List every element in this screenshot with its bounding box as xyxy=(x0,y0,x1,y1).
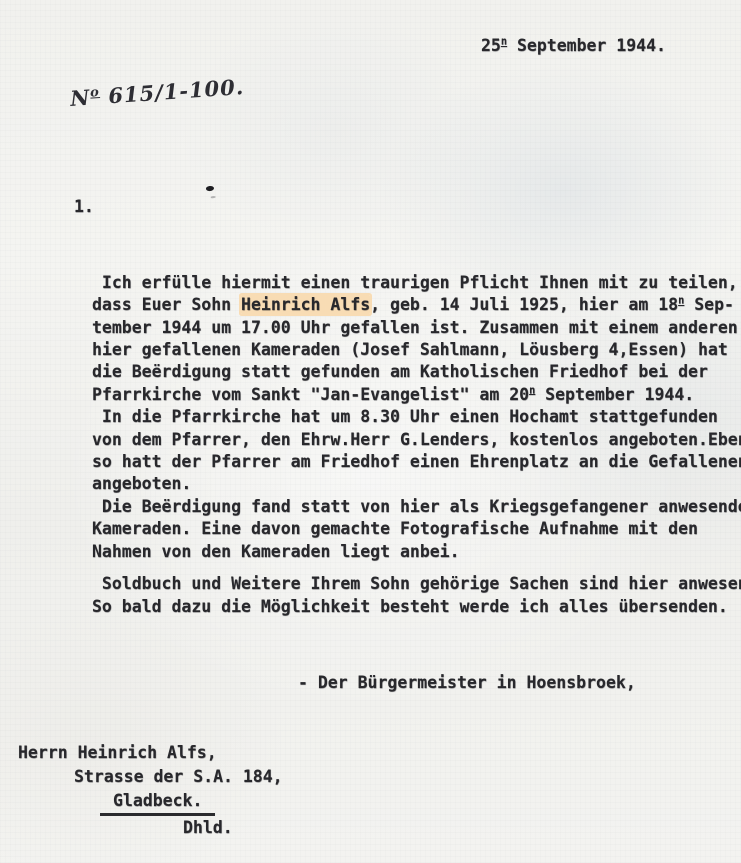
text-run: 615/1-100. xyxy=(99,74,245,109)
letter-paragraphs: Ich erfülle hiermit einen traurigen Pfli… xyxy=(92,272,741,618)
letter-line: So bald dazu die Möglichkeit besteht wer… xyxy=(92,596,741,618)
reference-number-handwritten: No 615/1-100. xyxy=(69,74,245,111)
ink-speck xyxy=(206,185,215,191)
letter-line: hier gefallenen Kameraden (Josef Sahlman… xyxy=(92,339,741,361)
letter-line: angeboten. xyxy=(92,473,741,495)
address-line: Gladbeck. xyxy=(100,789,283,817)
text-run: die Beërdigung statt gefunden am Katholi… xyxy=(92,362,708,381)
text-run: Nahmen von den Kameraden liegt anbei. xyxy=(92,542,460,561)
text-run: angeboten. xyxy=(92,474,191,493)
letter-line: tember 1944 um 17.00 Uhr gefallen ist. Z… xyxy=(92,317,741,339)
text-run: September 1944. xyxy=(535,385,694,404)
letter-line: von dem Pfarrer, den Ehrw.Herr G.Lenders… xyxy=(92,429,741,451)
text-run: Die Beërdigung fand statt von hier als K… xyxy=(92,497,741,516)
text-run: Kameraden. Eine davon gemachte Fotografi… xyxy=(92,519,698,538)
text-run: hier gefallenen Kameraden (Josef Sahlman… xyxy=(92,340,728,359)
letter-line: In die Pfarrkirche hat um 8.30 Uhr einen… xyxy=(92,406,741,428)
text-run: So bald dazu die Möglichkeit besteht wer… xyxy=(92,597,728,616)
address-line: Herrn Heinrich Alfs, xyxy=(18,741,283,765)
text-run: September 1944. xyxy=(507,36,666,55)
text-run: dass Euer Sohn xyxy=(92,295,241,314)
paragraph: Die Beërdigung fand statt von hier als K… xyxy=(92,496,741,563)
letter-line: Ich erfülle hiermit einen traurigen Pfli… xyxy=(92,272,741,294)
text-run: Pfarrkirche vom Sankt "Jan-Evangelist" a… xyxy=(92,385,529,404)
text-run: Ich erfülle hiermit einen traurigen Pfli… xyxy=(92,273,738,292)
paragraph: Ich erfülle hiermit einen traurigen Pfli… xyxy=(92,272,741,406)
highlighted-name: Heinrich Alfs xyxy=(241,295,370,314)
text-run: so hatt der Pfarrer am Friedhof einen Eh… xyxy=(92,452,741,471)
list-item-number: 1. xyxy=(74,197,94,216)
letter-line: Pfarrkirche vom Sankt "Jan-Evangelist" a… xyxy=(92,384,741,406)
text-run: Sep- xyxy=(684,295,734,314)
letter-line: dass Euer Sohn Heinrich Alfs, geb. 14 Ju… xyxy=(92,294,741,316)
text-run: , geb. 14 Juli 1925, hier am 18 xyxy=(370,295,678,314)
letter-line: Kameraden. Eine davon gemachte Fotografi… xyxy=(92,518,741,540)
letter-line: so hatt der Pfarrer am Friedhof einen Eh… xyxy=(92,451,741,473)
letter-line: Nahmen von den Kameraden liegt anbei. xyxy=(92,541,741,563)
text-run: von dem Pfarrer, den Ehrw.Herr G.Lenders… xyxy=(92,430,741,449)
letter-body: Ich erfülle hiermit einen traurigen Pfli… xyxy=(92,227,741,739)
paragraph: In die Pfarrkirche hat um 8.30 Uhr einen… xyxy=(92,406,741,496)
signature-line: - Der Bürgermeister in Hoensbroek, xyxy=(298,672,741,694)
text-run: Soldbuch und Weitere Ihrem Sohn gehörige… xyxy=(92,574,741,593)
address-line: Dhld. xyxy=(183,816,283,840)
scanned-letter-page: 25n September 1944. No 615/1-100. 1. Ich… xyxy=(0,0,741,863)
paragraph: Soldbuch und Weitere Ihrem Sohn gehörige… xyxy=(92,573,741,618)
letter-line: Soldbuch und Weitere Ihrem Sohn gehörige… xyxy=(92,573,741,595)
date-line: 25n September 1944. xyxy=(481,36,666,55)
text-run: In die Pfarrkirche hat um 8.30 Uhr einen… xyxy=(92,407,718,426)
letter-line: Die Beërdigung fand statt von hier als K… xyxy=(92,496,741,518)
address-line: Strasse der S.A. 184, xyxy=(74,765,283,789)
text-run: N xyxy=(69,85,91,111)
underlined-city: Gladbeck. xyxy=(100,789,215,817)
text-run: tember 1944 um 17.00 Uhr gefallen ist. Z… xyxy=(92,318,738,337)
recipient-address: Herrn Heinrich Alfs,Strasse der S.A. 184… xyxy=(0,741,283,840)
letter-line: die Beërdigung statt gefunden am Katholi… xyxy=(92,361,741,383)
text-run: 25 xyxy=(481,36,501,55)
